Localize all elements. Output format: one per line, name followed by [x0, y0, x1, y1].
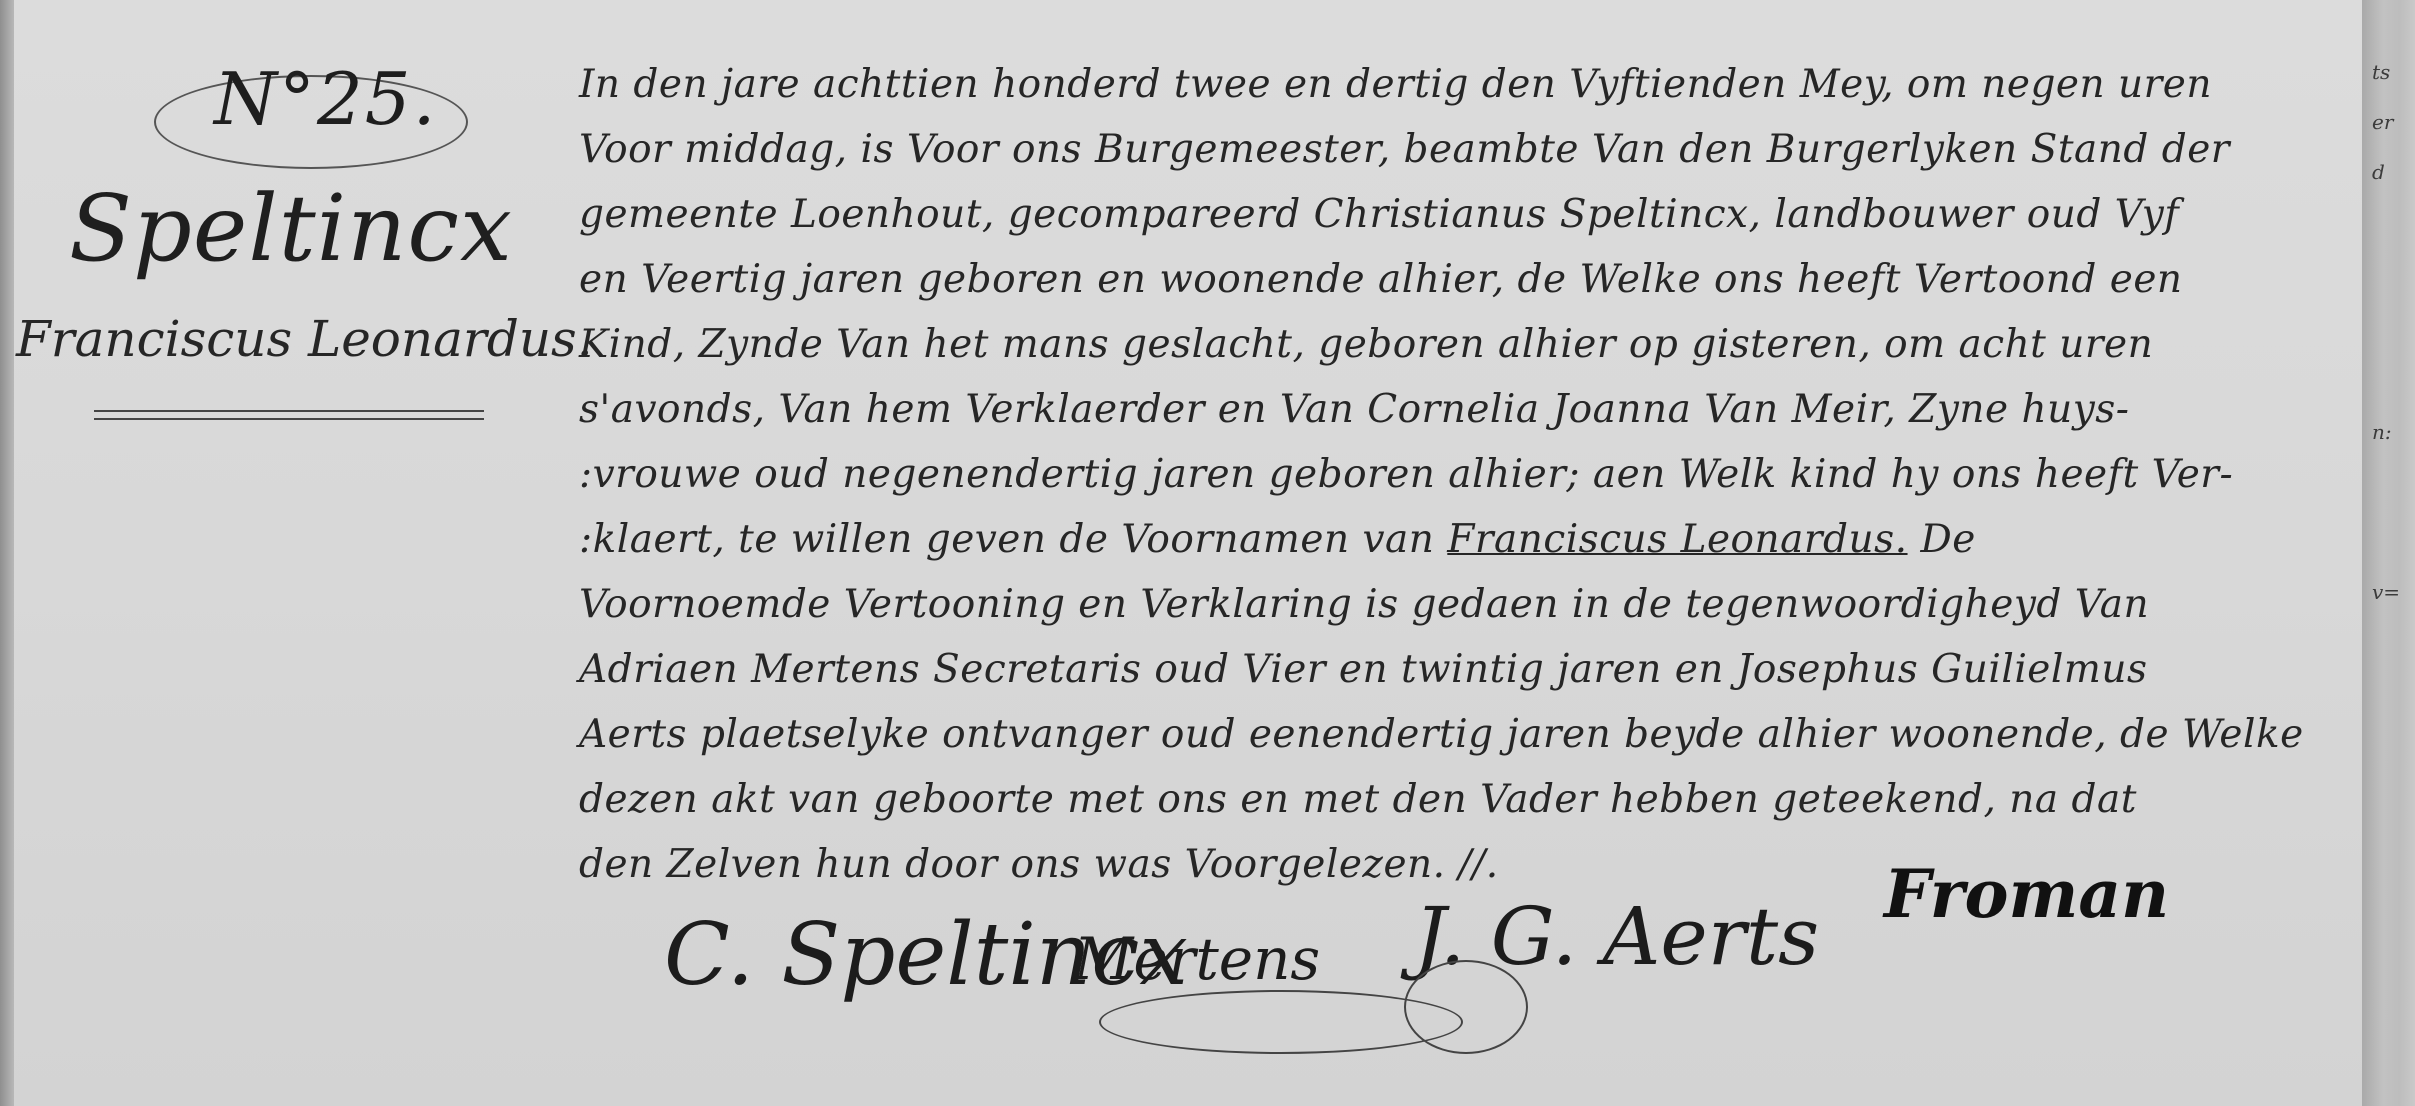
fold-fragment: er [2372, 110, 2393, 134]
signature-mertens: Mertens [1074, 925, 1320, 993]
act-body-text: In den jare achttien honderd twee en der… [579, 52, 2369, 897]
text-line: :vrouwe oud negenendertig jaren geboren … [579, 442, 2369, 507]
adjacent-page-fold: ts er d n: v= [2362, 0, 2415, 1106]
fold-fragment: v= [2372, 580, 2400, 604]
text-line: :klaert, te willen geven de Voornamen va… [579, 507, 2369, 572]
text-line: Kind, Zynde Van het mans geslacht, gebor… [579, 312, 2369, 377]
text-line: Voornoemde Vertooning en Verklaring is g… [579, 572, 2369, 637]
child-name-underlined: Franciscus Leonardus. [1447, 517, 1907, 562]
act-number: N°25. [214, 57, 438, 141]
margin-surname: Speltincx [69, 175, 513, 282]
text-line: In den jare achttien honderd twee en der… [579, 52, 2369, 117]
signature-flourish [1404, 960, 1528, 1054]
text-line: dezen akt van geboorte met ons en met de… [579, 767, 2369, 832]
fold-fragment: d [2372, 160, 2385, 184]
text-line-suffix: De [1920, 517, 1975, 562]
fold-fragment: ts [2372, 60, 2390, 84]
signature-froman: Froman [1884, 855, 2169, 933]
fold-fragment: n: [2372, 420, 2392, 444]
text-line: s'avonds, Van hem Verklaerder en Van Cor… [579, 377, 2369, 442]
register-page: N°25. Speltincx Franciscus Leonardus. In… [14, 0, 2362, 1106]
act-number-block: N°25. [144, 55, 474, 165]
text-line: Adriaen Mertens Secretaris oud Vier en t… [579, 637, 2369, 702]
margin-given-names: Franciscus Leonardus. [16, 310, 593, 368]
page-binding-edge [0, 0, 14, 1106]
text-line-prefix: :klaert, te willen geven de Voornamen va… [579, 517, 1434, 562]
text-line: en Veertig jaren geboren en woonende alh… [579, 247, 2369, 312]
text-line: gemeente Loenhout, gecompareerd Christia… [579, 182, 2369, 247]
text-line: Aerts plaetselyke ontvanger oud eenender… [579, 702, 2369, 767]
text-line: Voor middag, is Voor ons Burgemeester, b… [579, 117, 2369, 182]
margin-double-rule [94, 410, 484, 420]
